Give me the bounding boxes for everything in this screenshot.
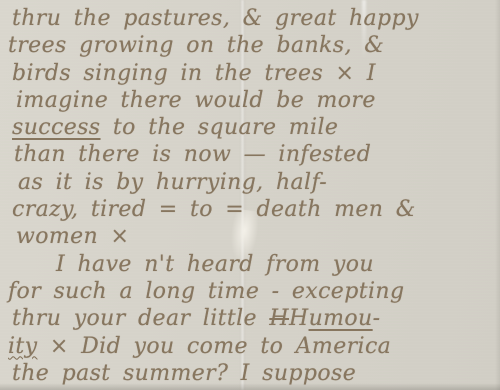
- letter-line: for such a long time - excepting: [8, 278, 500, 305]
- letter-line: crazy, tired = to = death men &: [12, 196, 500, 223]
- wavy-underlined-word: ity: [8, 334, 38, 359]
- line-text: thru your dear little: [12, 306, 269, 331]
- letter-line: as it is by hurrying, half-: [18, 169, 500, 196]
- letter-line: women ×: [16, 223, 500, 250]
- letter-line: ity × Did you come to America: [8, 333, 500, 360]
- letter-line: success to the square mile: [12, 114, 500, 141]
- underlined-word: success: [12, 115, 101, 140]
- letter-line: thru your dear little HHumou-: [12, 305, 500, 332]
- underlined-word-part: umou: [309, 306, 373, 331]
- line-text: to the square mile: [101, 115, 339, 140]
- letter-line: than there is now — infested: [14, 141, 500, 168]
- letter-line: birds singing in the trees × I: [12, 60, 500, 87]
- letter-line-paragraph-start: I have n't heard from you: [12, 251, 500, 278]
- letter-line: imagine there would be more: [16, 87, 500, 114]
- struck-out-letter: H: [269, 306, 289, 331]
- letter-page: thru the pastures, & great happy trees g…: [0, 0, 500, 390]
- line-text: -: [373, 306, 381, 331]
- handwritten-letter-body: thru the pastures, & great happy trees g…: [0, 0, 500, 390]
- line-text: H: [289, 306, 309, 331]
- line-text: × Did you come to America: [38, 334, 392, 359]
- letter-line: thru the pastures, & great happy: [12, 5, 500, 32]
- letter-line: trees growing on the banks, &: [8, 32, 500, 59]
- letter-line: the past summer? I suppose: [12, 360, 500, 387]
